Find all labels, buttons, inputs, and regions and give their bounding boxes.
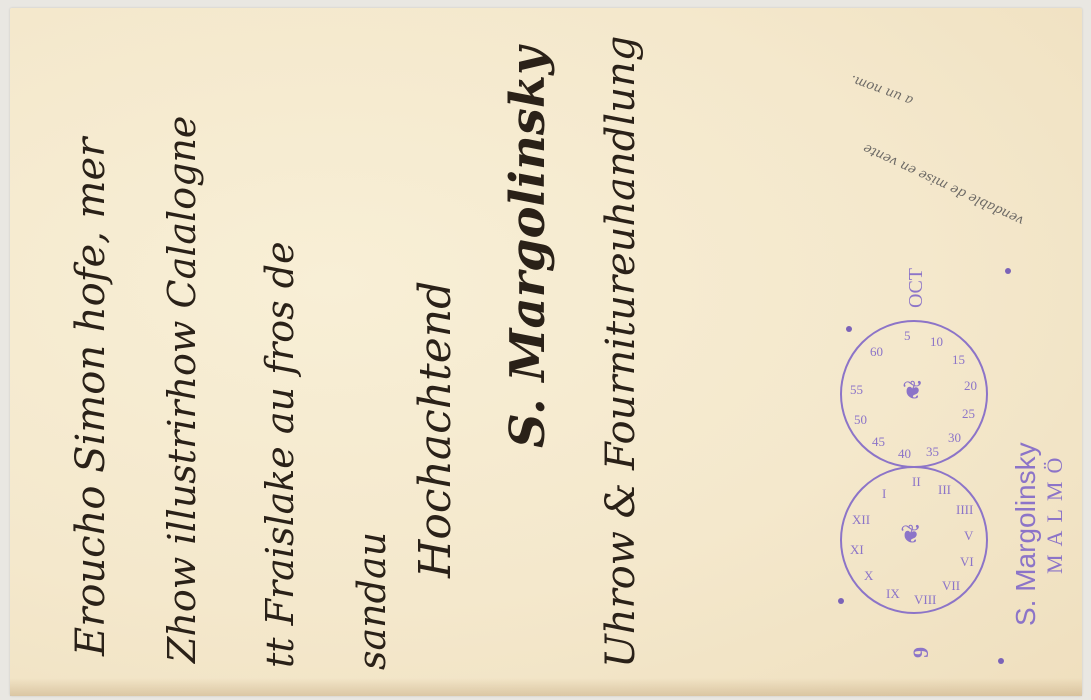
handwritten-closing: Hochachtend [410, 281, 461, 578]
handwritten-signature: S. Margolinsky [500, 47, 556, 448]
handwritten-line-3: tt Fraislake au fros de [258, 241, 302, 668]
stamp-day: 9 [908, 647, 934, 658]
handwritten-line-1: Eroucho Simon hofe, mer [68, 138, 114, 656]
stamp-dot [1005, 268, 1011, 274]
pencil-note-line-1: a un nom. [849, 72, 916, 108]
stamp-dot [838, 598, 844, 604]
handwritten-line-4: sandau [350, 532, 394, 670]
stamp-dot [998, 658, 1004, 664]
handwritten-line-2: Zhow illustrirhow Calalogne [160, 116, 204, 663]
stamp-merchant-name: S. Margolinsky [1010, 442, 1042, 626]
minutes-clock-face: 5 10 15 20 25 30 35 40 45 50 55 60 ❦ [840, 320, 988, 468]
handwritten-business-line: Uhrow & Fournitureuhandlung [598, 36, 644, 668]
stamp-dot [846, 326, 852, 332]
stamp-city: MALMÖ [1042, 450, 1068, 574]
pencil-note-line-2: vendable de mise en vente [861, 140, 1026, 228]
stamp-month: OCT [905, 268, 928, 308]
postcard: Eroucho Simon hofe, mer Zhow illustrirho… [10, 8, 1082, 696]
hours-clock-face: I II III IIII V VI VII VIII IX X XI XII … [840, 466, 988, 614]
